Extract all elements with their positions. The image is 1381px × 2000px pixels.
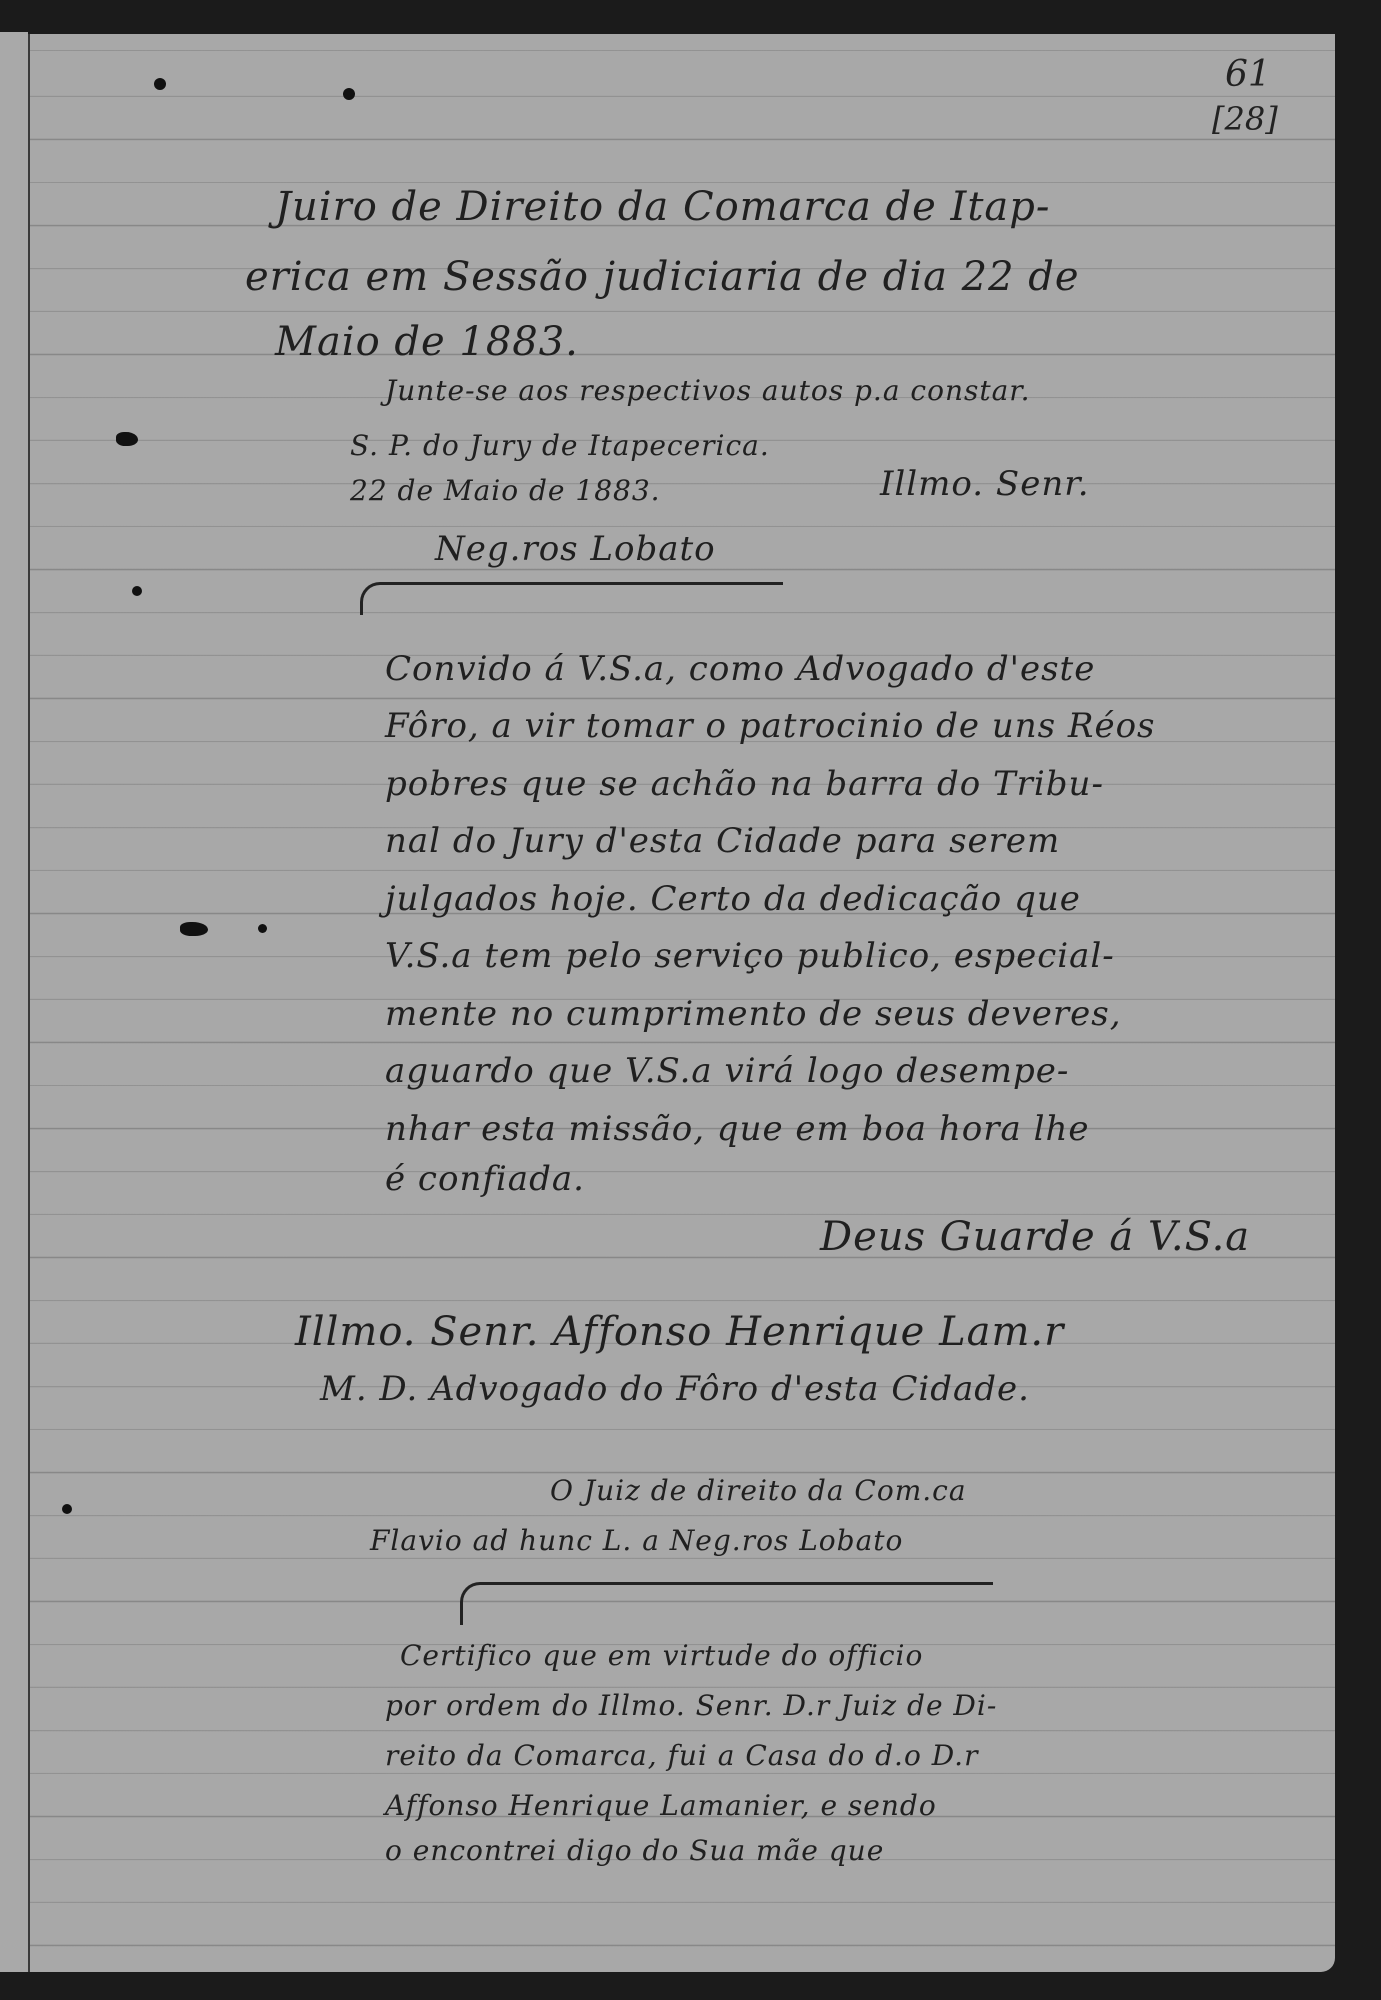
manuscript-page: 61 [28] Juiro de Direito da Comarca de I… <box>28 34 1335 1972</box>
dispatch-line-3: 22 de Maio de 1883. <box>350 474 661 507</box>
heading-line-1: Juiro de Direito da Comarca de Itap- <box>275 184 1050 230</box>
ink-dot <box>154 78 166 90</box>
ink-dot <box>343 88 355 100</box>
body-line-5: julgados hoje. Certo da dedicação que <box>385 879 1081 919</box>
dispatch-signature: Neg.ros Lobato <box>435 529 716 569</box>
addressee-line-1: Illmo. Senr. Affonso Henrique Lam.r <box>295 1309 1064 1355</box>
ink-dot <box>132 586 142 596</box>
salutation: Illmo. Senr. <box>880 464 1090 504</box>
closing-formula: Deus Guarde á V.S.a <box>820 1214 1250 1260</box>
body-line-10: é confiada. <box>385 1159 585 1199</box>
signoff-line-1: O Juiz de direito da Com.ca <box>550 1474 967 1507</box>
signature-flourish <box>360 582 783 615</box>
certificate-line-4: Affonso Henrique Lamanier, e sendo <box>385 1789 937 1822</box>
folio-bracket-number: [28] <box>1212 100 1278 138</box>
ink-blot <box>116 432 138 446</box>
body-line-1: Convido á V.S.a, como Advogado d'este <box>385 649 1095 689</box>
heading-line-3: Maio de 1883. <box>275 319 579 365</box>
certificate-line-1: Certifico que em virtude do officio <box>400 1639 923 1672</box>
body-line-6: V.S.a tem pelo serviço publico, especial… <box>385 936 1115 976</box>
dispatch-line-2: S. P. do Jury de Itapecerica. <box>350 429 770 462</box>
certificate-line-5: o encontrei digo do Sua mãe que <box>385 1834 884 1867</box>
dispatch-line-1: Junte-se aos respectivos autos p.a const… <box>385 374 1031 407</box>
body-line-9: nhar esta missão, que em boa hora lhe <box>385 1109 1089 1149</box>
heading-line-2: erica em Sessão judiciaria de dia 22 de <box>245 254 1080 300</box>
body-line-2: Fôro, a vir tomar o patrocinio de uns Ré… <box>385 706 1156 746</box>
body-line-7: mente no cumprimento de seus deveres, <box>385 994 1122 1034</box>
adjacent-page-edge <box>0 32 28 1972</box>
signoff-flourish <box>460 1582 993 1625</box>
certificate-line-3: reito da Comarca, fui a Casa do d.o D.r <box>385 1739 978 1772</box>
signoff-line-2: Flavio ad hunc L. a Neg.ros Lobato <box>370 1524 903 1557</box>
addressee-line-2: M. D. Advogado do Fôro d'esta Cidade. <box>320 1369 1030 1409</box>
body-line-4: nal do Jury d'esta Cidade para serem <box>385 821 1060 861</box>
ink-dot <box>258 924 267 933</box>
certificate-line-2: por ordem do Illmo. Senr. D.r Juiz de Di… <box>385 1689 997 1722</box>
ink-dot <box>62 1504 72 1514</box>
body-line-8: aguardo que V.S.a virá logo desempe- <box>385 1051 1069 1091</box>
ink-blot <box>180 922 208 936</box>
folio-number: 61 <box>1225 54 1271 95</box>
body-line-3: pobres que se achão na barra do Tribu- <box>385 764 1104 804</box>
